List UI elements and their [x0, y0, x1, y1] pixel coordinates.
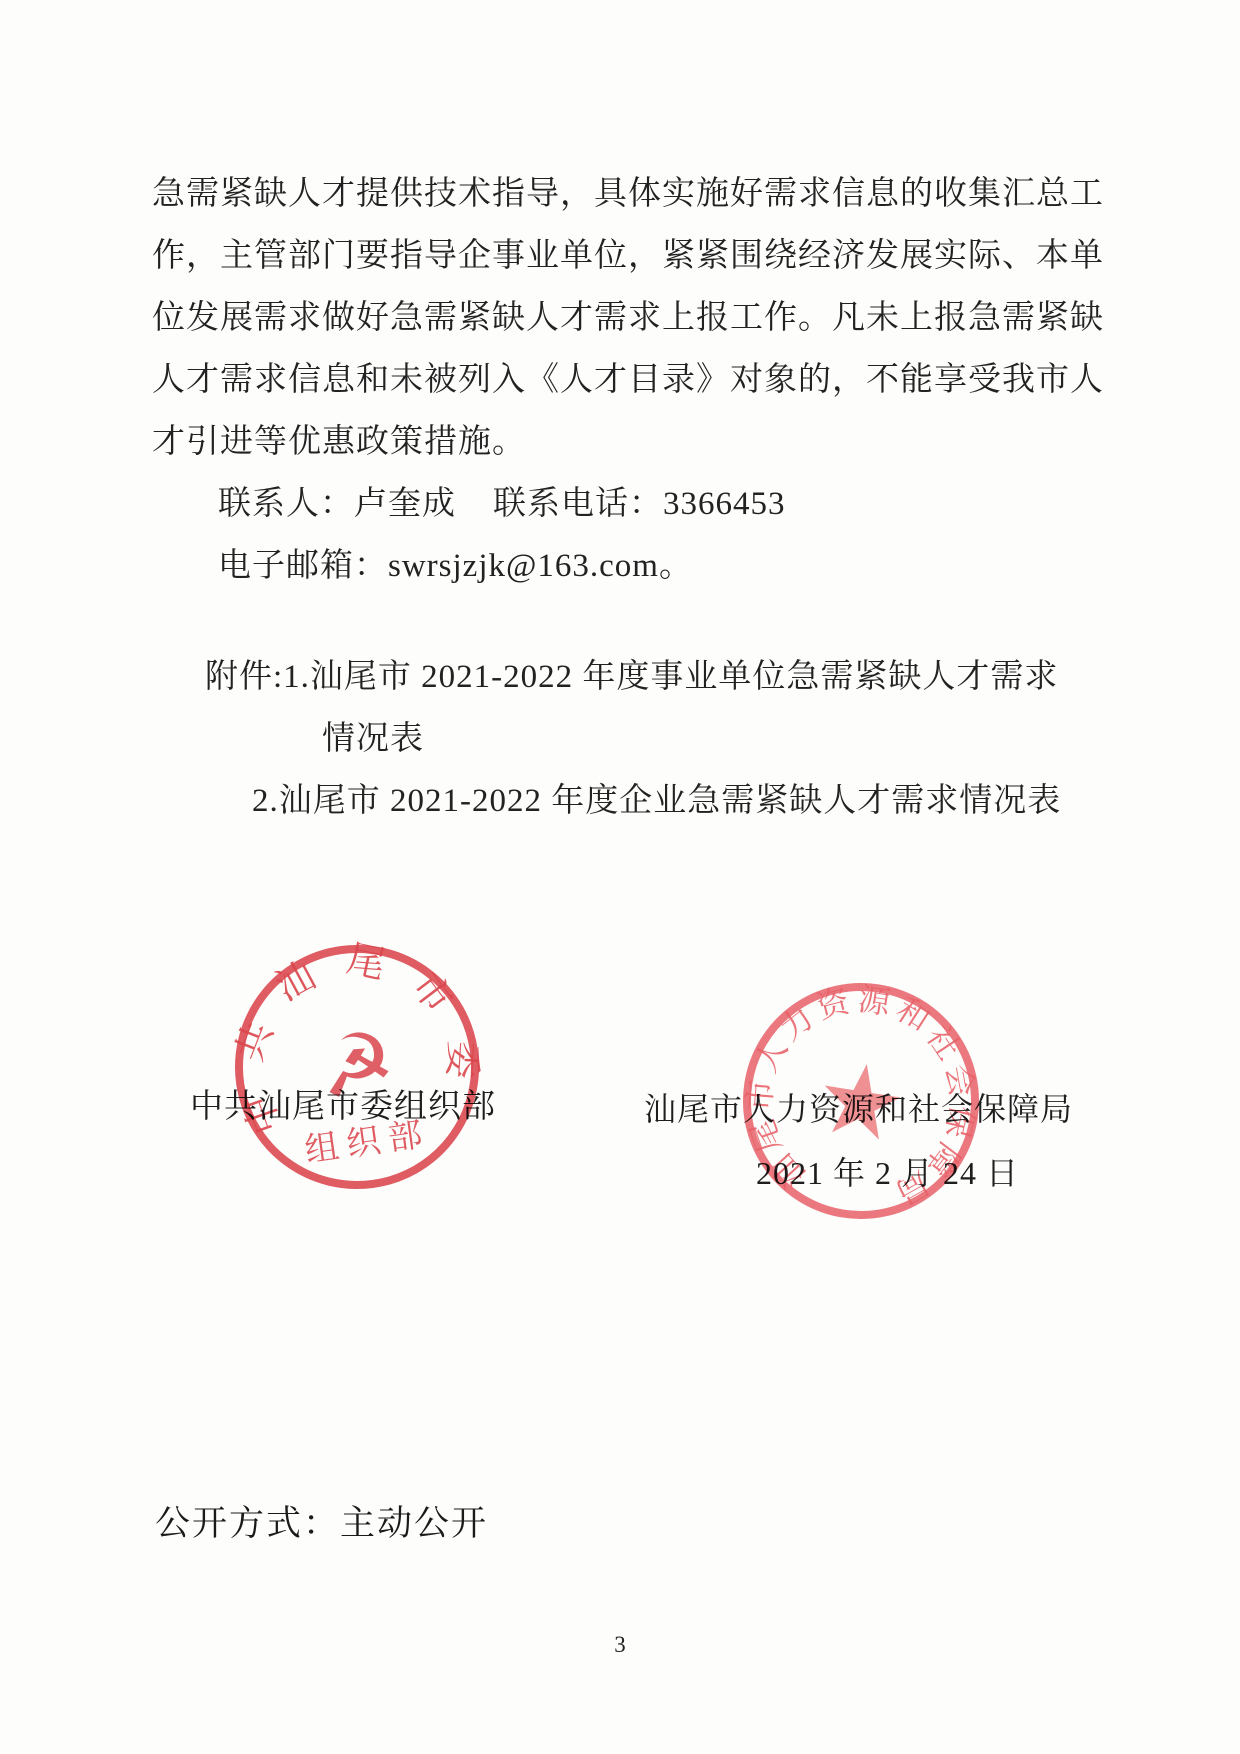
body-line: 人才需求信息和未被列入《人才目录》对象的，不能享受我市人	[152, 358, 1104, 402]
left-official-seal: 中共汕尾市委 ☭ 组织部	[209, 919, 505, 1215]
right-official-seal: 汕尾市人力资源和社会保障局 ★	[716, 956, 1007, 1247]
page-number: 3	[0, 1632, 1240, 1658]
body-line: 作，主管部门要指导企事业单位，紧紧围绕经济发展实际、本单	[152, 234, 1104, 278]
hammer-sickle-icon: ☭	[313, 1011, 401, 1119]
body-line: 急需紧缺人才提供技术指导，具体实施好需求信息的收集汇总工	[152, 172, 1104, 216]
left-seal-bottom-text: 组织部	[302, 1114, 432, 1171]
contact-line: 联系人：卢奎成 联系电话：3366453	[218, 482, 1104, 526]
publicity-method-line: 公开方式：主动公开	[155, 1496, 488, 1546]
attachment-line-2: 情况表	[322, 717, 1102, 761]
body-line: 位发展需求做好急需紧缺人才需求上报工作。凡未上报急需紧缺	[152, 296, 1104, 340]
email-line: 电子邮箱：swrsjzjk@163.com。	[218, 544, 1104, 588]
document-page: 急需紧缺人才提供技术指导，具体实施好需求信息的收集汇总工 作，主管部门要指导企事…	[0, 0, 1240, 1754]
attachment-line-1: 附件:1.汕尾市 2021-2022 年度事业单位急需紧缺人才需求	[205, 655, 1105, 699]
body-line: 才引进等优惠政策措施。	[152, 420, 1104, 464]
attachment-line-3: 2.汕尾市 2021-2022 年度企业急需紧缺人才需求情况表	[252, 779, 1112, 823]
star-icon: ★	[807, 1037, 914, 1167]
